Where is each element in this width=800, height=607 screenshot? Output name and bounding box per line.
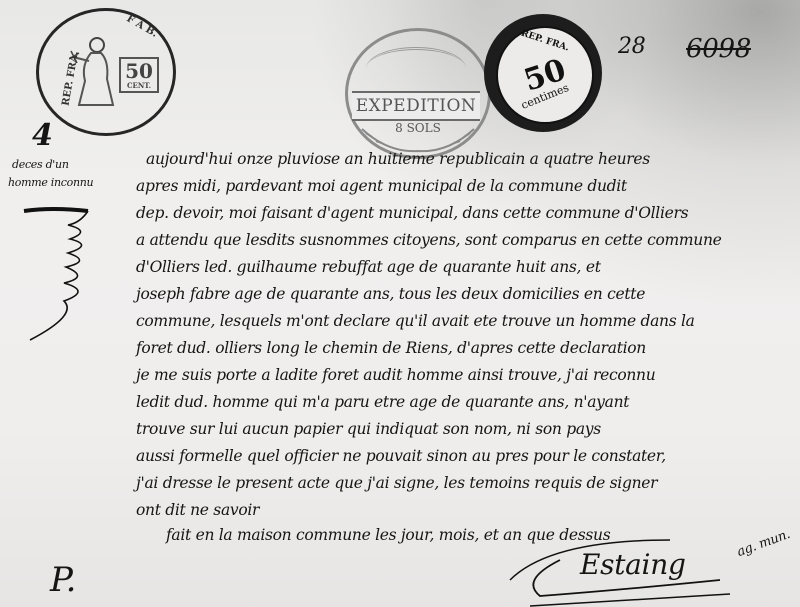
stamp-right-inner: REP. FRA. 50 centimes: [496, 26, 594, 124]
stamp-mid-label: EXPEDITION: [352, 91, 480, 121]
stamp-expedition: EXPEDITION 8 SOLS: [345, 28, 491, 159]
stamp-left-value: 50 CENT.: [119, 57, 159, 93]
body-line-12: aussi formelle quel officier ne pouvait …: [136, 447, 666, 465]
stamp-mid-arc: [366, 47, 466, 90]
body-line-7: commune, lesquels m'ont declare qu'il av…: [136, 312, 695, 330]
margin-note-line-2: homme inconnu: [8, 176, 93, 189]
bottom-left-mark: P.: [50, 560, 76, 600]
page-number: 28: [618, 34, 645, 59]
entry-number: 4: [32, 118, 53, 153]
body-line-3: dep. devoir, moi faisant d'agent municip…: [136, 204, 688, 222]
body-line-9: je me suis porte a ladite foret audit ho…: [136, 366, 655, 384]
stamp-republique-50-cent: REP. FRA. F A B. 50 CENT.: [36, 8, 176, 136]
body-line-5: d'Olliers led. guilhaume rebuffat age de…: [136, 258, 601, 276]
struck-out-number: 6098: [686, 34, 751, 64]
body-line-13: j'ai dresse le present acte que j'ai sig…: [136, 474, 657, 492]
signature: Estaing: [580, 548, 686, 581]
margin-note-line-1: deces d'un: [12, 158, 69, 171]
body-line-4: a attendu que lesdits susnommes citoyens…: [136, 231, 722, 249]
body-line-10: ledit dud. homme qui m'a paru etre age d…: [136, 393, 629, 411]
body-line-6: joseph fabre age de quarante ans, tous l…: [136, 285, 645, 303]
body-line-11: trouve sur lui aucun papier qui indiquat…: [136, 420, 601, 438]
stamp-50-centimes: REP. FRA. 50 centimes: [484, 14, 602, 132]
body-line-14: ont dit ne savoir: [136, 501, 259, 519]
body-line-8: foret dud. olliers long le chemin de Rie…: [136, 339, 646, 357]
body-line-1: aujourd'hui onze pluviose an huitieme re…: [146, 150, 650, 168]
margin-flourish-icon: [22, 205, 94, 345]
body-line-2: apres midi, pardevant moi agent municipa…: [136, 177, 627, 195]
